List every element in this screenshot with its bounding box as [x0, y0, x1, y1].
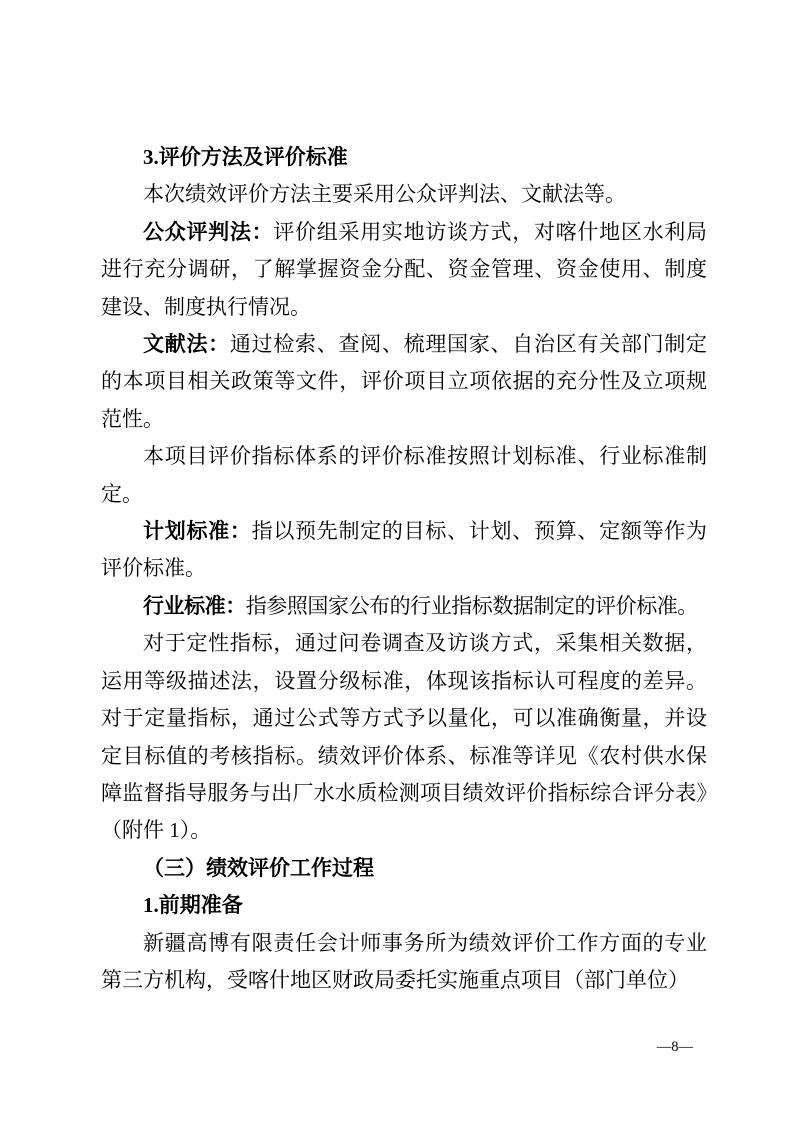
paragraph-lead: 行业标准：: [143, 594, 246, 618]
document-body: 3.评价方法及评价标准 本次绩效评价方法主要采用公众评判法、文献法等。 公众评判…: [101, 139, 707, 999]
paragraph-lead: 文献法：: [143, 332, 230, 356]
paragraph-text: 本项目评价指标体系的评价标准按照计划标准、行业标准制定。: [101, 444, 707, 505]
document-page: 3.评价方法及评价标准 本次绩效评价方法主要采用公众评判法、文献法等。 公众评判…: [0, 0, 793, 1122]
paragraph-text: 指参照国家公布的行业指标数据制定的评价标准。: [246, 594, 698, 618]
paragraph: 新疆高博有限责任会计师事务所为绩效评价工作方面的专业第三方机构，受喀什地区财政局…: [101, 925, 707, 1000]
paragraph: 计划标准：指以预先制定的目标、计划、预算、定额等作为评价标准。: [101, 513, 707, 588]
heading-text: 1.前期准备: [143, 893, 243, 917]
paragraph-text: 本次绩效评价方法主要采用公众评判法、文献法等。: [143, 182, 626, 206]
paragraph-lead: 计划标准：: [143, 519, 252, 543]
heading-text: 3.评价方法及评价标准: [143, 145, 348, 169]
paragraph-text: 新疆高博有限责任会计师事务所为绩效评价工作方面的专业第三方机构，受喀什地区财政局…: [101, 931, 707, 992]
heading-text: （三）绩效评价工作过程: [143, 856, 374, 880]
paragraph: 对于定性指标，通过问卷调查及访谈方式，采集相关数据，运用等级描述法，设置分级标准…: [101, 625, 707, 849]
paragraph: 公众评判法：评价组采用实地访谈方式，对喀什地区水利局进行充分调研，了解掌握资金分…: [101, 214, 707, 326]
section-heading: （三）绩效评价工作过程: [101, 850, 707, 887]
paragraph-text: 对于定性指标，通过问卷调查及访谈方式，采集相关数据，运用等级描述法，设置分级标准…: [101, 631, 707, 842]
paragraph: 文献法：通过检索、查阅、梳理国家、自治区有关部门制定的本项目相关政策等文件，评价…: [101, 326, 707, 438]
paragraph-lead: 公众评判法：: [143, 220, 273, 244]
section-heading: 3.评价方法及评价标准: [101, 139, 707, 176]
section-heading: 1.前期准备: [101, 887, 707, 924]
page-number: —8—: [657, 1037, 693, 1057]
paragraph: 行业标准：指参照国家公布的行业指标数据制定的评价标准。: [101, 588, 707, 625]
paragraph: 本次绩效评价方法主要采用公众评判法、文献法等。: [101, 176, 707, 213]
paragraph: 本项目评价指标体系的评价标准按照计划标准、行业标准制定。: [101, 438, 707, 513]
